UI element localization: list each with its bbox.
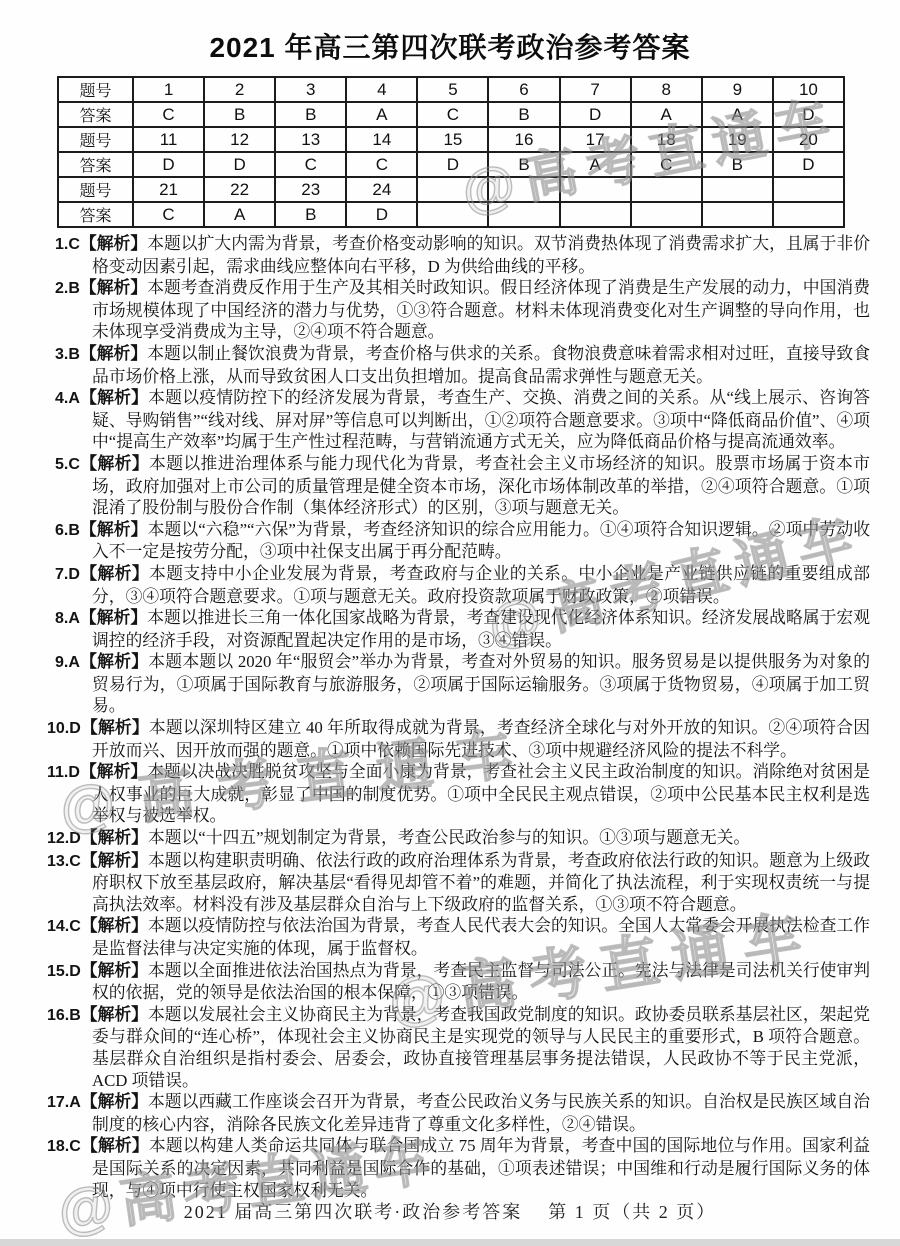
explanation-item: 14.C【解析】本题以疫情防控与依法治国为背景，考查人民代表大会的知识。全国人大… bbox=[92, 915, 870, 959]
row-label: 题号 bbox=[58, 177, 133, 202]
question-number-cell: 12 bbox=[204, 127, 275, 152]
explanation-item: 16.B【解析】本题以发展社会主义协商民主为背景，考查我国政党制度的知识。政协委… bbox=[92, 1004, 870, 1091]
explanation-item: 4.A【解析】本题以疫情防控下的经济发展为背景，考查生产、交换、消费之间的关系。… bbox=[92, 387, 870, 453]
answer-table: 题号 1 2 3 4 5 6 7 8 9 10 答案 C B B A C B D… bbox=[57, 76, 845, 228]
question-number-cell: 19 bbox=[702, 127, 773, 152]
answer-cell: D bbox=[560, 102, 631, 127]
answer-cell: A bbox=[702, 102, 773, 127]
question-number-cell: 7 bbox=[560, 77, 631, 102]
answer-cell bbox=[417, 202, 488, 227]
question-number-cell: 24 bbox=[346, 177, 417, 202]
question-number-cell bbox=[560, 177, 631, 202]
explanation-text: 本题以疫情防控下的经济发展为背景，考查生产、交换、消费之间的关系。从“线上展示、… bbox=[92, 388, 870, 451]
answer-cell: A bbox=[631, 102, 702, 127]
answer-cell bbox=[560, 202, 631, 227]
question-number-cell bbox=[417, 177, 488, 202]
scan-edge-strip bbox=[0, 1239, 900, 1246]
answer-cell bbox=[702, 202, 773, 227]
question-number-cell: 13 bbox=[275, 127, 346, 152]
footer-page-number: 第 1 页（共 2 页） bbox=[548, 1202, 716, 1222]
question-number-cell: 10 bbox=[773, 77, 844, 102]
question-number-cell: 5 bbox=[417, 77, 488, 102]
question-number-cell: 22 bbox=[204, 177, 275, 202]
answer-cell: B bbox=[702, 152, 773, 177]
explanation-text: 本题以深圳特区建立 40 年所取得成就为背景，考查经济全球化与对外开放的知识。②… bbox=[92, 718, 870, 760]
explanation-item: 2.B【解析】本题考查消费反作用于生产及其相关时政知识。假日经济体现了消费是生产… bbox=[92, 277, 870, 343]
answer-cell: C bbox=[631, 152, 702, 177]
question-answer-label: 14.C bbox=[47, 918, 81, 935]
answer-cell bbox=[631, 202, 702, 227]
explanation-text: 本题以“六稳”“六保”为背景，考查经济知识的综合应用能力。①④项符合知识逻辑。②… bbox=[92, 520, 870, 562]
question-number-cell: 8 bbox=[631, 77, 702, 102]
footer-title: 2021 届高三第四次联考·政治参考答案 bbox=[184, 1202, 523, 1222]
explanation-text: 本题支持中小企业发展为背景，考查政府与企业的关系。中小企业是产业链供应链的重要组… bbox=[92, 564, 870, 606]
analysis-tag: 【解析】 bbox=[80, 278, 147, 297]
explanation-text: 本题以构建职责明确、依法行政的政府治理体系为背景，考查政府依法行政的知识。题意为… bbox=[92, 851, 870, 914]
explanation-text: 本题以扩大内需为背景，考查价格变动影响的知识。双节消费热体现了消费需求扩大，且属… bbox=[92, 234, 870, 276]
answer-cell bbox=[773, 202, 844, 227]
explanation-item: 15.D【解析】本题以全面推进依法治国热点为背景，考查民主监督与司法公正。宪法与… bbox=[92, 960, 870, 1004]
analysis-tag: 【解析】 bbox=[80, 234, 147, 253]
answer-cell: C bbox=[275, 152, 346, 177]
explanation-item: 12.D【解析】本题以“十四五”规划制定为背景，考查公民政治参与的知识。①③项与… bbox=[92, 827, 870, 850]
answer-cell: D bbox=[773, 102, 844, 127]
row-label: 答案 bbox=[58, 152, 133, 177]
table-row: 答案 C B B A C B D A A D bbox=[58, 102, 844, 127]
question-number-cell: 23 bbox=[275, 177, 346, 202]
analysis-tag: 【解析】 bbox=[80, 454, 149, 473]
analysis-tag: 【解析】 bbox=[81, 916, 148, 935]
answer-cell: C bbox=[346, 152, 417, 177]
explanation-list: 1.C【解析】本题以扩大内需为背景，考查价格变动影响的知识。双节消费热体现了消费… bbox=[0, 233, 900, 1201]
analysis-tag: 【解析】 bbox=[80, 564, 149, 583]
question-answer-label: 2.B bbox=[55, 280, 80, 297]
analysis-tag: 【解析】 bbox=[80, 762, 147, 781]
analysis-tag: 【解析】 bbox=[80, 344, 147, 363]
analysis-tag: 【解析】 bbox=[80, 608, 147, 627]
question-answer-label: 4.A bbox=[55, 390, 80, 407]
explanation-item: 8.A【解析】本题以推进长三角一体化国家战略为背景，考查建设现代化经济体系知识。… bbox=[92, 607, 870, 651]
question-answer-label: 5.C bbox=[55, 456, 80, 473]
table-row: 答案 D D C C D B A C B D bbox=[58, 152, 844, 177]
question-answer-label: 15.D bbox=[47, 963, 81, 980]
explanation-item: 1.C【解析】本题以扩大内需为背景，考查价格变动影响的知识。双节消费热体现了消费… bbox=[92, 233, 870, 277]
explanation-item: 10.D【解析】本题以深圳特区建立 40 年所取得成就为背景，考查经济全球化与对… bbox=[92, 717, 870, 761]
analysis-tag: 【解析】 bbox=[81, 1092, 148, 1111]
question-number-cell: 15 bbox=[417, 127, 488, 152]
page-title: 2021 年高三第四次联考政治参考答案 bbox=[0, 26, 900, 66]
explanation-text: 本题以发展社会主义协商民主为背景，考查我国政党制度的知识。政协委员联系基层社区，… bbox=[92, 1005, 870, 1090]
question-number-cell: 4 bbox=[346, 77, 417, 102]
answer-cell: B bbox=[488, 102, 559, 127]
answer-cell: C bbox=[133, 102, 204, 127]
explanation-item: 6.B【解析】本题以“六稳”“六保”为背景，考查经济知识的综合应用能力。①④项符… bbox=[92, 519, 870, 563]
analysis-tag: 【解析】 bbox=[80, 520, 148, 539]
answer-cell: B bbox=[488, 152, 559, 177]
analysis-tag: 【解析】 bbox=[81, 828, 148, 847]
question-answer-label: 7.D bbox=[55, 566, 80, 583]
answer-cell: B bbox=[275, 202, 346, 227]
explanation-item: 5.C【解析】本题以推进治理体系与能力现代化为背景，考查社会主义市场经济的知识。… bbox=[92, 453, 870, 519]
question-number-cell: 6 bbox=[488, 77, 559, 102]
explanation-text: 本题以西藏工作座谈会召开为背景，考查公民政治义务与民族关系的知识。自治权是民族区… bbox=[92, 1092, 870, 1134]
question-answer-label: 8.A bbox=[55, 610, 80, 627]
exam-answer-sheet-page: @高考直通车 @高考直通车 @高考直通车 @高考直通车 @高考直通车 2021 … bbox=[0, 0, 900, 1246]
row-label: 题号 bbox=[58, 77, 133, 102]
answer-cell: A bbox=[560, 152, 631, 177]
answer-cell: A bbox=[346, 102, 417, 127]
analysis-tag: 【解析】 bbox=[81, 1136, 149, 1155]
analysis-tag: 【解析】 bbox=[81, 718, 149, 737]
explanation-item: 3.B【解析】本题以制止餐饮浪费为背景，考查价格与供求的关系。食物浪费意味着需求… bbox=[92, 343, 870, 387]
explanation-text: 本题以制止餐饮浪费为背景，考查价格与供求的关系。食物浪费意味着需求相对过旺，直接… bbox=[92, 344, 870, 386]
question-answer-label: 18.C bbox=[47, 1138, 81, 1155]
question-number-cell: 2 bbox=[204, 77, 275, 102]
question-answer-label: 16.B bbox=[47, 1007, 81, 1024]
row-label: 答案 bbox=[58, 102, 133, 127]
question-number-cell: 21 bbox=[133, 177, 204, 202]
question-number-cell: 3 bbox=[275, 77, 346, 102]
explanation-text: 本题以决战决胜脱贫攻坚与全面小康为背景，考查社会主义民主政治制度的知识。消除绝对… bbox=[92, 762, 870, 825]
answer-cell: D bbox=[133, 152, 204, 177]
answer-cell: C bbox=[133, 202, 204, 227]
question-number-cell bbox=[631, 177, 702, 202]
explanation-item: 11.D【解析】本题以决战决胜脱贫攻坚与全面小康为背景，考查社会主义民主政治制度… bbox=[92, 761, 870, 827]
row-label: 题号 bbox=[58, 127, 133, 152]
question-answer-label: 3.B bbox=[55, 346, 80, 363]
table-row: 题号 11 12 13 14 15 16 17 18 19 20 bbox=[58, 127, 844, 152]
explanation-item: 7.D【解析】本题支持中小企业发展为背景，考查政府与企业的关系。中小企业是产业链… bbox=[92, 563, 870, 607]
table-row: 答案 C A B D bbox=[58, 202, 844, 227]
explanation-text: 本题以全面推进依法治国热点为背景，考查民主监督与司法公正。宪法与法律是司法机关行… bbox=[92, 961, 870, 1003]
analysis-tag: 【解析】 bbox=[80, 388, 148, 407]
answer-cell: C bbox=[417, 102, 488, 127]
question-number-cell: 18 bbox=[631, 127, 702, 152]
explanation-text: 本题以“十四五”规划制定为背景，考查公民政治参与的知识。①③项与题意无关。 bbox=[148, 828, 750, 847]
question-number-cell: 16 bbox=[488, 127, 559, 152]
answer-cell: B bbox=[275, 102, 346, 127]
analysis-tag: 【解析】 bbox=[81, 961, 148, 980]
answer-cell: D bbox=[417, 152, 488, 177]
explanation-text: 本题以疫情防控与依法治国为背景，考查人民代表大会的知识。全国人大常委会开展执法检… bbox=[92, 916, 870, 958]
question-number-cell: 17 bbox=[560, 127, 631, 152]
question-answer-label: 6.B bbox=[55, 522, 80, 539]
question-number-cell bbox=[702, 177, 773, 202]
explanation-item: 9.A【解析】本题本题以 2020 年“服贸会”举办为背景，考查对外贸易的知识。… bbox=[92, 651, 870, 717]
question-answer-label: 11.D bbox=[47, 764, 80, 781]
question-number-cell: 11 bbox=[133, 127, 204, 152]
question-number-cell bbox=[488, 177, 559, 202]
question-answer-label: 17.A bbox=[47, 1094, 81, 1111]
explanation-text: 本题考查消费反作用于生产及其相关时政知识。假日经济体现了消费是生产发展的动力，中… bbox=[92, 278, 870, 341]
explanation-text: 本题以推进长三角一体化国家战略为背景，考查建设现代化经济体系知识。经济发展战略属… bbox=[92, 608, 870, 650]
answer-cell: A bbox=[204, 202, 275, 227]
explanation-text: 本题本题以 2020 年“服贸会”举办为背景，考查对外贸易的知识。服务贸易是以提… bbox=[92, 652, 870, 715]
question-number-cell: 9 bbox=[702, 77, 773, 102]
question-number-cell: 20 bbox=[773, 127, 844, 152]
page-footer: 2021 届高三第四次联考·政治参考答案第 1 页（共 2 页） bbox=[0, 1198, 900, 1224]
answer-cell: D bbox=[773, 152, 844, 177]
explanation-text: 本题以推进治理体系与能力现代化为背景，考查社会主义市场经济的知识。股票市场属于资… bbox=[92, 454, 870, 517]
question-answer-label: 1.C bbox=[55, 236, 80, 253]
table-row: 题号 1 2 3 4 5 6 7 8 9 10 bbox=[58, 77, 844, 102]
answer-cell: B bbox=[204, 102, 275, 127]
explanation-item: 18.C【解析】本题以构建人类命运共同体与联合国成立 75 周年为背景，考查中国… bbox=[92, 1135, 870, 1201]
explanation-text: 本题以构建人类命运共同体与联合国成立 75 周年为背景，考查中国的国际地位与作用… bbox=[92, 1136, 870, 1199]
question-number-cell: 1 bbox=[133, 77, 204, 102]
analysis-tag: 【解析】 bbox=[81, 851, 148, 870]
question-answer-label: 9.A bbox=[55, 654, 80, 671]
question-number-cell bbox=[773, 177, 844, 202]
question-answer-label: 10.D bbox=[47, 720, 81, 737]
explanation-item: 17.A【解析】本题以西藏工作座谈会召开为背景，考查公民政治义务与民族关系的知识… bbox=[92, 1091, 870, 1135]
question-answer-label: 12.D bbox=[47, 830, 81, 847]
analysis-tag: 【解析】 bbox=[80, 652, 148, 671]
table-row: 题号 21 22 23 24 bbox=[58, 177, 844, 202]
explanation-item: 13.C【解析】本题以构建职责明确、依法行政的政府治理体系为背景，考查政府依法行… bbox=[92, 850, 870, 916]
answer-cell: D bbox=[204, 152, 275, 177]
answer-cell: D bbox=[346, 202, 417, 227]
row-label: 答案 bbox=[58, 202, 133, 227]
analysis-tag: 【解析】 bbox=[81, 1005, 148, 1024]
question-number-cell: 14 bbox=[346, 127, 417, 152]
answer-cell bbox=[488, 202, 559, 227]
question-answer-label: 13.C bbox=[47, 853, 81, 870]
